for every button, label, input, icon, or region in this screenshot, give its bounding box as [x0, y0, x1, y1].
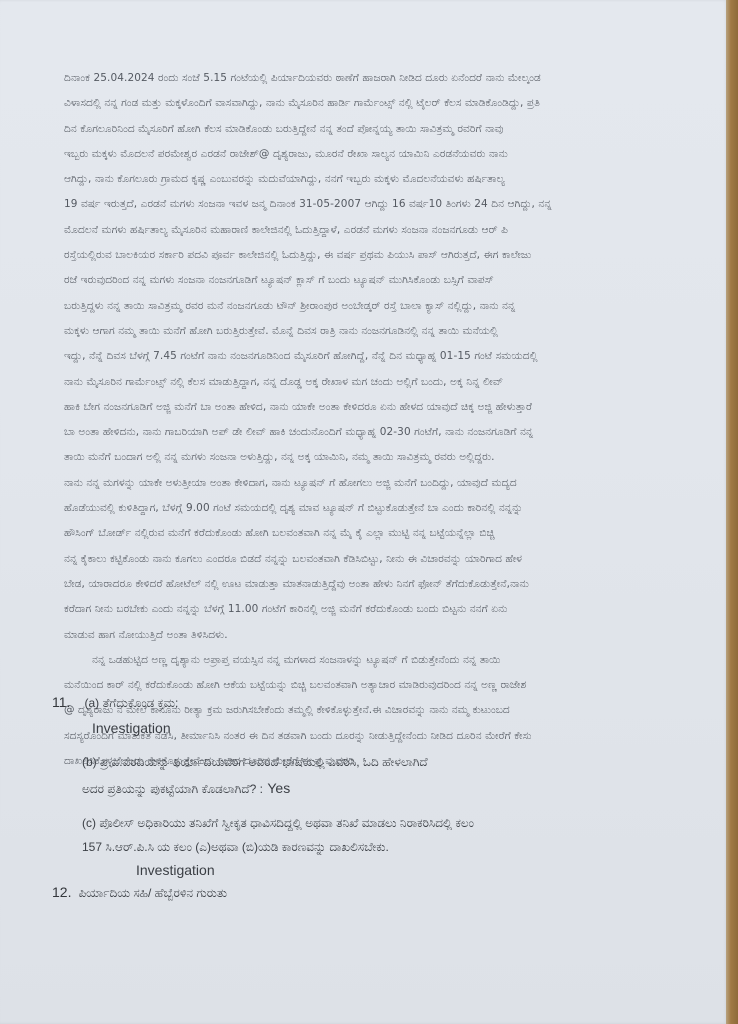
narrative-line: ಮಕ್ಕಳು ಆಗಾಗ ನಮ್ಮ ತಾಯಿ ಮನೆಗೆ ಹೋಗಿ ಬರುತ್ತಿ… [64, 319, 694, 344]
section-11b-label-line2: ಅದರ ಪ್ರತಿಯನ್ನು ಪುಕಟ್ಟೆಯಾಗಿ ಕೊಡಲಾಗಿದೆ? : [82, 782, 263, 796]
narrative-line: ವಿಳಾಸದಲ್ಲಿ ನನ್ನ ಗಂಡ ಮತ್ತು ಮಕ್ಕಳೊಂದಿಗೆ ವಾ… [64, 91, 694, 116]
narrative-line: ನನ್ನ ಒಡಹುಟ್ಟಿದ ಅಣ್ಣ ದೃಶ್ಯಾನು ಅಪ್ರಾಪ್ತ ವಯ… [64, 648, 694, 673]
narrative-line: ಬೇಡ, ಯಾರಾದರೂ ಕೇಳಿದರೆ ಹೋಟೆಲ್ ನಲ್ಲಿ ಊಟ ಮಾಡ… [64, 572, 694, 597]
complaint-narrative: ದಿನಾಂಕ 25.04.2024 ರಂದು ಸಂಜೆ 5.15 ಗಂಟೆಯಲ್… [64, 66, 694, 774]
narrative-line: ರಜೆ ಇರುವುದರಿಂದ ನನ್ನ ಮಗಳು ಸಂಜನಾ ನಂಜನಗೂಡಿಗ… [64, 268, 694, 293]
section-11c-label-line1: (c) ಪೊಲೀಸ್ ಅಧಿಕಾರಿಯು ತನಿಖೆಗೆ ಸ್ವೀಕೃತ ಧಾವ… [82, 816, 474, 831]
narrative-line: ಆಗಿದ್ದು, ನಾನು ಕೊಗಲೂರು ಗ್ರಾಮದ ಕೃಷ್ಣ ಎಂಬುವ… [64, 167, 694, 192]
narrative-line: ಬಾ ಅಂತಾ ಹೇಳಿದನು, ನಾನು ಗಾಬರಿಯಾಗಿ ಅಪ್ ಡೇ ಲ… [64, 420, 694, 445]
section-12-label: ಪಿರ್ಯಾದಿಯ ಸಹಿ/ ಹೆಬ್ಬೆರಳಿನ ಗುರುತು [78, 886, 227, 900]
narrative-line: ದಿನ ಕೊಗಲೂರಿನಿಂದ ಮೈಸೂರಿಗೆ ಹೋಗಿ ಕೆಲಸ ಮಾಡಿಕ… [64, 117, 694, 142]
narrative-line: ತಾಯಿ ಮನೆಗೆ ಬಂದಾಗ ಅಲ್ಲಿ ನನ್ನ ಮಗಳು ಸಂಜನಾ ಅ… [64, 445, 694, 470]
section-11b-value: Yes [267, 780, 290, 796]
narrative-line: ನಾನು ನನ್ನ ಮಗಳನ್ನು ಯಾಕೇ ಅಳುತ್ತೀಯಾ ಅಂತಾ ಕೇ… [64, 471, 694, 496]
narrative-line: ಇದ್ದು, ನೆನ್ನೆ ದಿವಸ ಬೆಳಗ್ಗೆ 7.45 ಗಂಟೆಗೆ ನ… [64, 344, 694, 369]
narrative-line: ರಸ್ತೆಯಲ್ಲಿರುವ ಬಾಲಕಿಯರ ಸರ್ಕಾರಿ ಪದವಿ ಪೂರ್ವ… [64, 243, 694, 268]
section-12-number: 12. [52, 884, 74, 900]
narrative-line: ಮಾಡುವ ಹಾಗ ನೋಯುತ್ತಿದೆ ಅಂತಾ ತಿಳಿಸಿದಳು. [64, 623, 694, 648]
narrative-line: ಹೊಡೆಯುವಲ್ಲಿ ಕುಳಿತಿದ್ದಾಗ, ಬೆಳಗ್ಗೆ 9.00 ಗಂ… [64, 496, 694, 521]
narrative-line: 19 ವರ್ಷ ಇರುತ್ತದೆ, ಎರಡನೆ ಮಗಳು ಸಂಜನಾ ಇವಳ ಜ… [64, 192, 694, 217]
document-page: ದಿನಾಂಕ 25.04.2024 ರಂದು ಸಂಜೆ 5.15 ಗಂಟೆಯಲ್… [0, 0, 728, 1024]
narrative-paragraph-1: ದಿನಾಂಕ 25.04.2024 ರಂದು ಸಂಜೆ 5.15 ಗಂಟೆಯಲ್… [64, 66, 694, 648]
wooden-table-edge [726, 0, 738, 1024]
narrative-line: ನನ್ನ ಕೈಕಾಲು ಕಟ್ಟಿಕೊಂಡು ನಾನು ಕೂಗಲು ಎಂದರೂ … [64, 547, 694, 572]
narrative-line: ಹಾಕಿ ಬೇಗ ನಂಜನಗೂಡಿಗೆ ಅಜ್ಜಿ ಮನೆಗೆ ಬಾ ಅಂತಾ … [64, 395, 694, 420]
section-11-number: 11. [52, 694, 80, 710]
narrative-line: ಬರುತ್ತಿದ್ದಳು ನನ್ನ ತಾಯಿ ಸಾವಿತ್ರಮ್ಮ ರವರ ಮನ… [64, 294, 694, 319]
narrative-line: ದಿನಾಂಕ 25.04.2024 ರಂದು ಸಂಜೆ 5.15 ಗಂಟೆಯಲ್… [64, 66, 694, 91]
section-11c-value: Investigation [136, 862, 215, 878]
narrative-line: ಇಬ್ಬರು ಮಕ್ಕಳು ಮೊದಲನೆ ಪರಮೇಶ್ವರ ಎರಡನೆ ರಾಜೇ… [64, 142, 694, 167]
section-11a-value: Investigation [92, 720, 171, 736]
section-11a-label: (a) ತೆಗೆದುಕೊಂಡ ಕ್ರಮ: [84, 696, 178, 710]
section-11b-label-line1: (b) ಪ್ರ.ವ.ವರದಿಯನ್ನು ಪಿರ್ಯಾದಿಯವರಿಗೆ ಅವರದೆ… [82, 755, 428, 770]
narrative-line: ಮೊದಲನೆ ಮಗಳು ಹರ್ಷಿತಾಲ್ಯ ಮೈಸೂರಿನ ಮಹಾರಾಣಿ ಕ… [64, 218, 694, 243]
section-11c-label-line2: 157 ಸಿ.ಆರ್.ಪಿ.ಸಿ ಯ ಕಲಂ (ಎ)ಅಥವಾ (ಬಿ)ಯಡಿ ಕ… [82, 840, 389, 855]
narrative-line: ಕರೆದಾಗ ನೀನು ಬರಬೇಕು ಎಂದು ನನ್ನನ್ನು ಬೆಳಗ್ಗೆ… [64, 597, 694, 622]
narrative-line: ನಾನು ಮೈಸೂರಿನ ಗಾರ್ಮೆಂಟ್ಸ್ ನಲ್ಲಿ ಕೆಲಸ ಮಾಡು… [64, 370, 694, 395]
narrative-line: ಹೌಸಿಂಗ್ ಬೋರ್ಡ್ ನಲ್ಲಿರುವ ಮನೆಗೆ ಕರೆದುಕೊಂಡು… [64, 521, 694, 546]
